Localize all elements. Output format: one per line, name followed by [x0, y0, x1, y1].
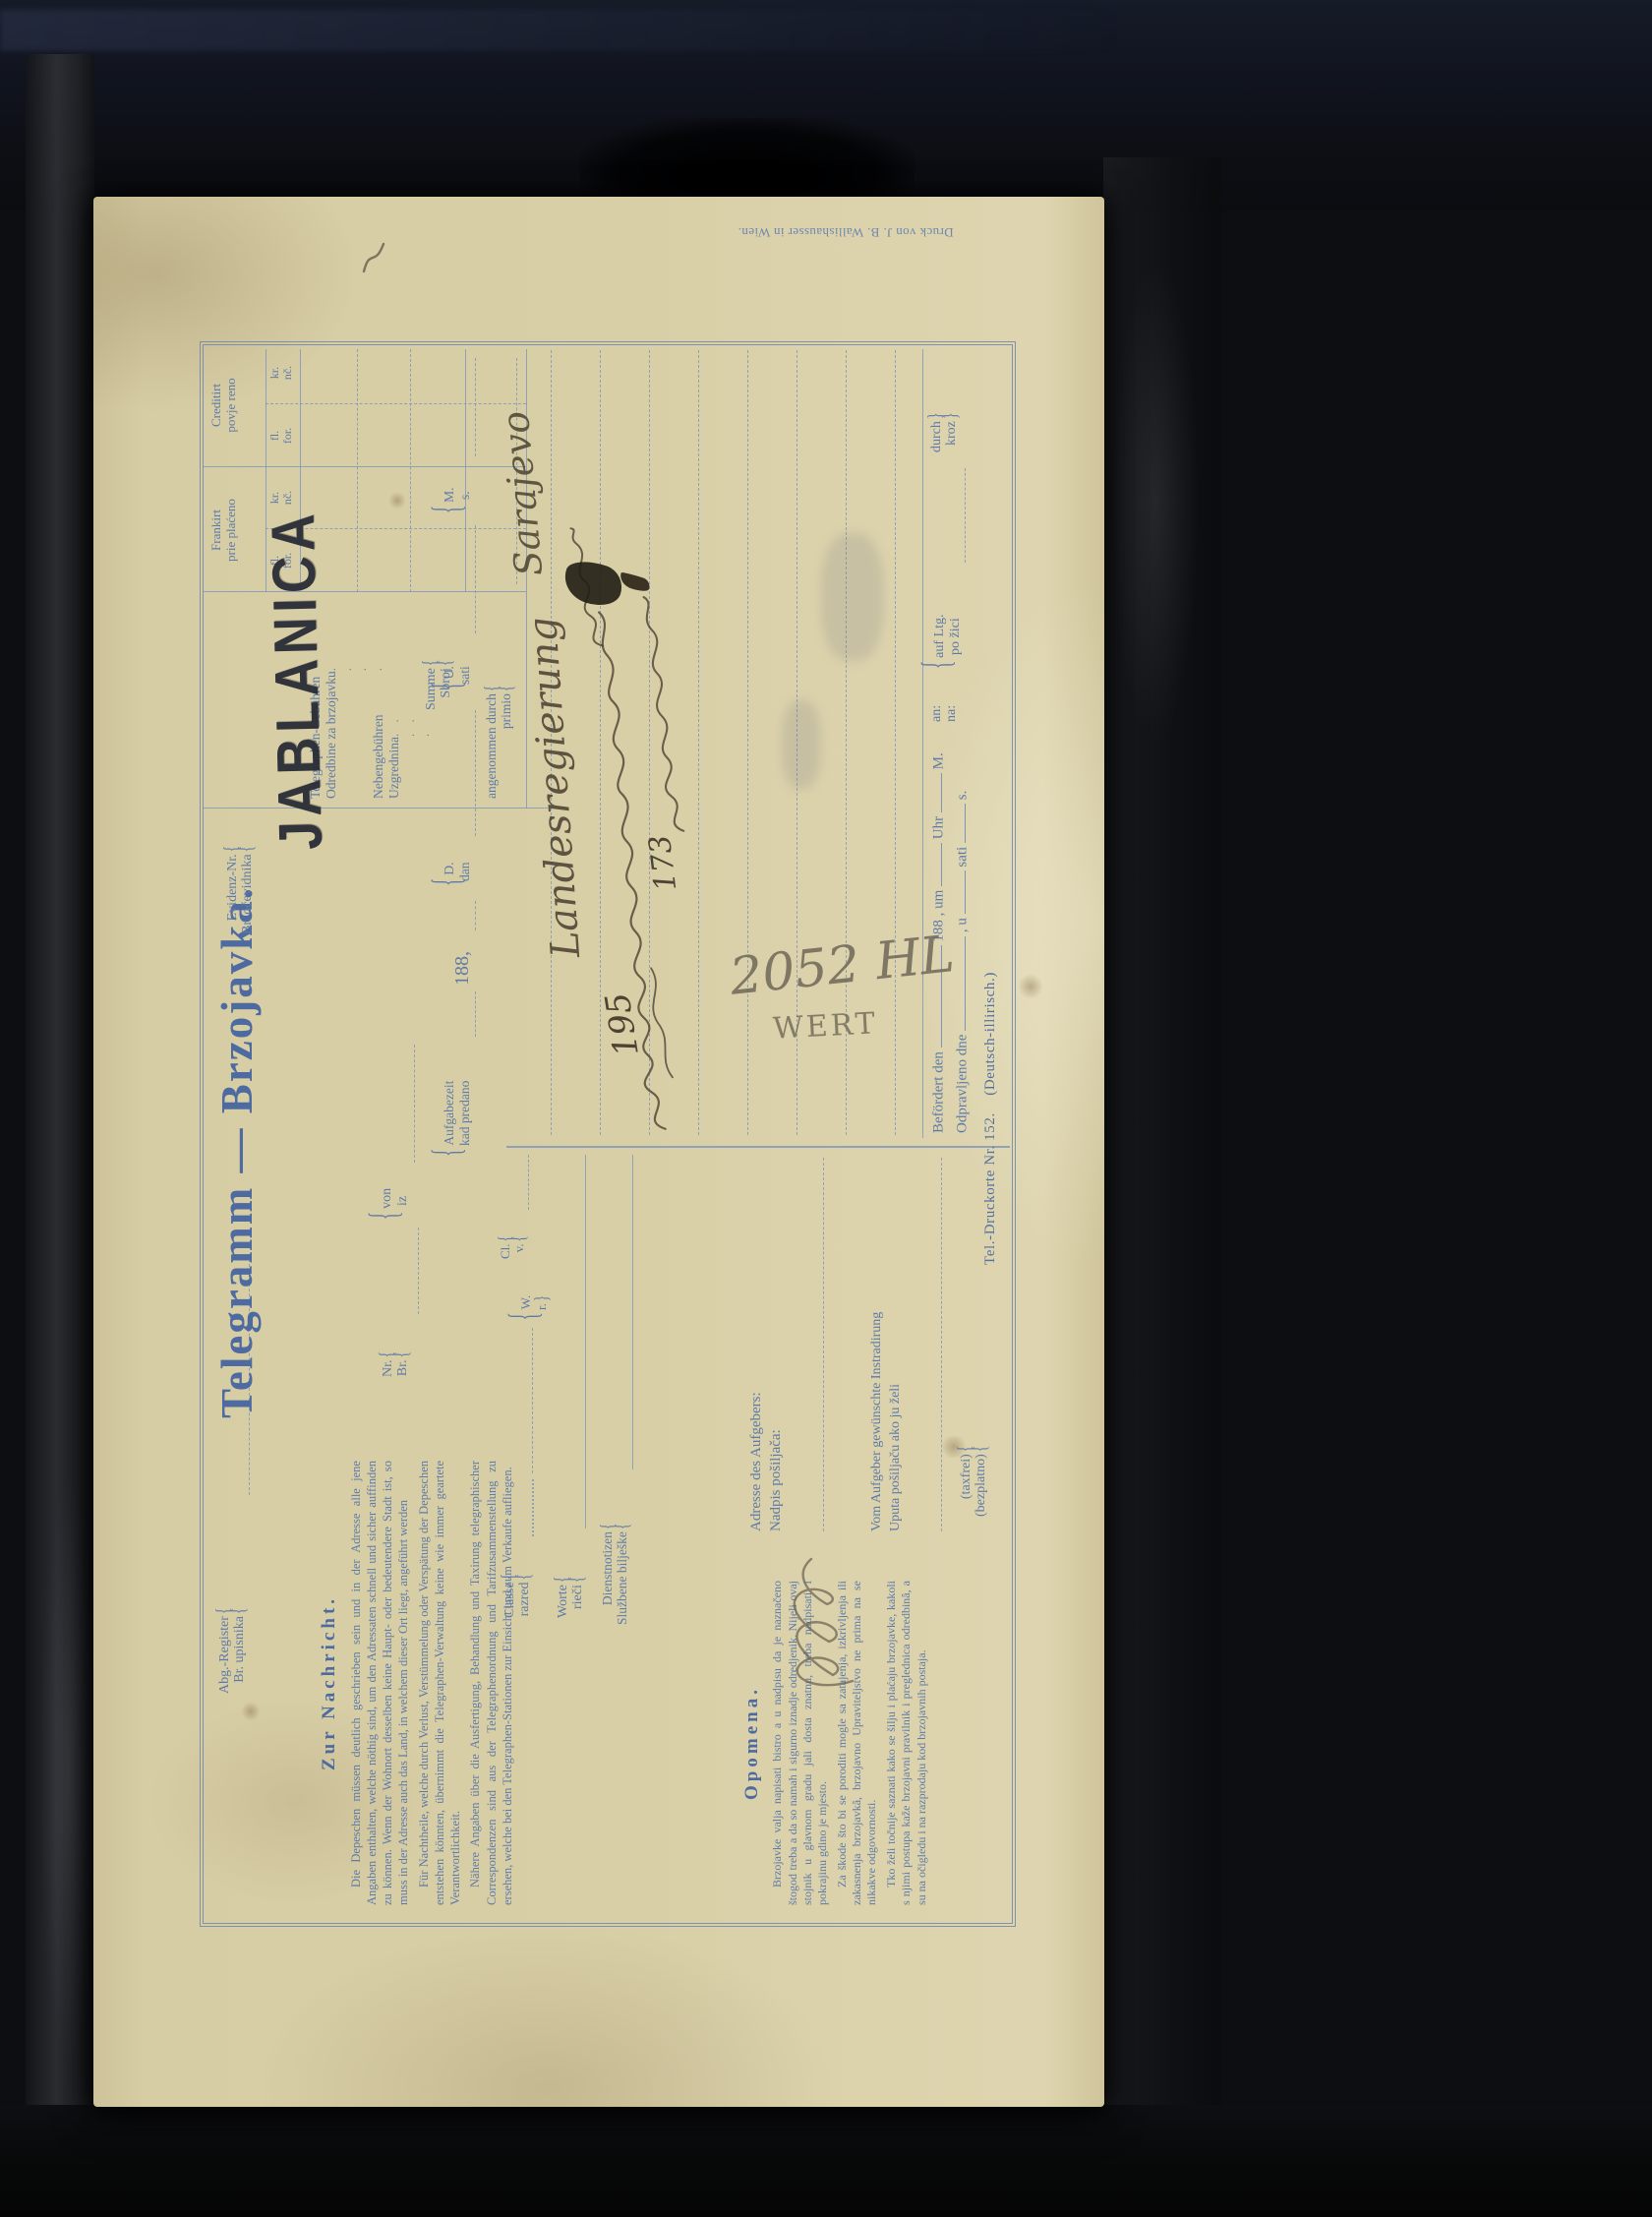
sleeve-glint	[1111, 256, 1200, 748]
pencil-wert: WERT	[772, 1006, 878, 1047]
fee-col-creditirt: Creditirt povje reno	[209, 346, 239, 464]
archivist-wert-pencil: WERT	[772, 1006, 878, 1047]
evidenz-field-label: Evidenz-Nr.{ Br. očevidnika{	[225, 846, 256, 934]
classe-fill-line	[532, 1328, 533, 1473]
sender-address-line	[823, 1158, 824, 1531]
sender-address-hr: Nadpis pošiljača:	[766, 1392, 786, 1531]
cl-hr: v.	[511, 1243, 526, 1252]
day-de: D.	[442, 863, 456, 875]
routing-label: Vom Aufgeber gewünschte Instradirung Upu…	[868, 1312, 906, 1531]
ltg-hr: po žici	[948, 618, 963, 655]
minute-field: {M. s.	[440, 487, 473, 513]
an-de: an:	[929, 705, 944, 722]
von-de: von	[380, 1188, 394, 1209]
von-fill-line	[414, 1045, 415, 1163]
routing-line	[941, 1158, 942, 1531]
brace-icon: {	[436, 659, 458, 666]
hour-fill-line	[475, 525, 476, 633]
register-field-label: Abg.-Register{ Br. upisnika{	[217, 1607, 248, 1694]
routing-de: Vom Aufgeber gewünschte Instradirung	[868, 1312, 887, 1531]
brace-icon: {	[427, 506, 471, 513]
dispatch-de-um: , um	[930, 890, 946, 917]
fee-table-row-rule	[357, 349, 358, 592]
notice-croatian-heading: Opomena.	[740, 1581, 764, 1905]
subcol-kreuzer: kr.nč.	[268, 344, 294, 401]
sender-address-label: Adresse des Aufgebers: Nadpis pošiljača:	[746, 1392, 787, 1531]
day-field: {D. dan	[440, 863, 473, 896]
w-r-field: {W. r.}	[516, 1295, 549, 1322]
day-fill-line	[475, 710, 476, 836]
notice-german-p1: Die Depeschen müssen deutlich geschriebe…	[348, 1461, 412, 1905]
year-188: 188	[451, 956, 473, 986]
nr-hr: Br.	[395, 1360, 410, 1377]
dispatch-fill-line	[927, 843, 942, 886]
sender-address-de: Adresse des Aufgebers:	[746, 1392, 766, 1531]
minute-de: M.	[442, 487, 456, 502]
brace-icon: {	[509, 1235, 530, 1241]
aufgabezeit-label: {Aufgabezeit kad predano	[440, 1081, 473, 1160]
dispatch-de-label: Befördert den	[930, 1051, 946, 1133]
evidenz-label-hr: Br. očevidnika	[240, 854, 255, 934]
dienstnotizen-hr: Službene bilješke	[615, 1531, 629, 1625]
brace-icon: {	[971, 1446, 993, 1453]
notice-german: Zur Nachricht. Die Depeschen müssen deut…	[318, 1461, 519, 1905]
nr-fill-line	[418, 1228, 419, 1314]
brace-icon: {	[567, 1576, 590, 1583]
worte-hr: rieči	[570, 1585, 585, 1609]
message-ruled-line	[895, 350, 896, 1135]
section-divider-rule	[506, 1146, 1010, 1148]
durch-hr: kroz	[944, 421, 959, 446]
dotted-leader: . . . .	[324, 664, 384, 671]
aufgabezeit-hr: kad predano	[457, 1081, 472, 1146]
accepted-by-label: angenommen durch{ primio{	[485, 686, 514, 799]
durch-de: durch	[929, 421, 944, 452]
form-number: Tel.-Druckorte Nr. 152.	[982, 1112, 998, 1265]
year-preprint: 188,	[451, 951, 474, 986]
handwriting-173: 173	[643, 833, 684, 893]
accepted-de: angenommen durch	[484, 693, 499, 799]
form-title: Telegramm — Brzojavka.	[211, 886, 263, 1418]
frankirt-label-de: Frankirt	[209, 471, 224, 589]
sleeve-glint	[39, 1475, 98, 2066]
dispatch-fill-line	[951, 804, 966, 843]
classe-dotted-leader	[532, 1479, 534, 1536]
brace-icon: {	[503, 1312, 548, 1320]
fee-table-subcol-rule	[265, 403, 526, 404]
frankirt-label-hr: prie plaćeno	[224, 471, 239, 589]
ink-bleedthrough	[821, 533, 884, 661]
notice-german-heading: Zur Nachricht.	[318, 1461, 342, 1905]
brace-icon: {	[427, 878, 471, 886]
fee-col-frankirt: Frankirt prie plaćeno	[209, 471, 239, 589]
nr-de: Nr.	[381, 1360, 395, 1378]
brace-icon: {	[392, 1351, 415, 1358]
dark-background-bottom	[0, 2105, 1652, 2217]
fee-row2-hr: Uzgrednina	[386, 737, 401, 799]
minute-hr: s.	[457, 491, 472, 500]
dispatch-separator-rule	[922, 349, 923, 1138]
pencil-tick	[360, 240, 387, 275]
dienstnotizen-field: Dienstnotizen{ Službene bilješke{	[601, 1524, 630, 1625]
brace-icon: }	[941, 412, 964, 419]
kreuzer-hr: nč.	[281, 344, 294, 401]
taxfree-label: (taxfrei){ (bezplatno){	[959, 1446, 989, 1517]
message-ruled-line	[698, 350, 699, 1135]
register-label-de: Abg.-Register	[217, 1616, 232, 1694]
brace-icon: {	[427, 1149, 471, 1157]
notice-german-p2: Für Nachtheile, welche durch Verlust, Ve…	[416, 1461, 464, 1905]
cl-v-field: Cl.{ v.{	[499, 1235, 527, 1259]
dispatch-ltg-label: {auf Ltg. po žici	[929, 615, 963, 670]
dispatch-durch-label: durch} kroz}	[929, 412, 960, 452]
dispatch-hr-s: s.	[954, 791, 970, 801]
dispatch-fill-line	[927, 773, 942, 812]
comma: ,	[451, 951, 473, 956]
evidenz-label-de: Evidenz-Nr.	[225, 854, 240, 921]
printer-imprint-text: Druck von J. B. Wallishausser in Wien.	[737, 225, 953, 240]
aufgabezeit-de: Aufgabezeit	[442, 1081, 456, 1146]
dotted-leader: . . . . .	[386, 715, 433, 737]
station-stamp: JABLANICA	[259, 509, 336, 851]
telegram-form-rotated: Abg.-Register{ Br. upisnika{ Telegramm —…	[93, 197, 1104, 2107]
form-title-de: Telegramm	[212, 1186, 262, 1418]
brace-icon: {	[237, 846, 260, 853]
fee-row-neben: Nebengebühren Uzgrednina . . . . .	[371, 715, 402, 799]
scanned-telegram-photo: Abg.-Register{ Br. upisnika{ Telegramm —…	[0, 0, 1652, 2217]
worte-field: Worte{ rieči{	[556, 1576, 586, 1618]
station-stamp-text: JABLANICA	[260, 509, 335, 851]
fee-table-col-rule	[204, 591, 526, 592]
handwritten-number-2: 173	[643, 833, 684, 893]
classe-hr: razred	[517, 1582, 532, 1616]
routing-hr: Uputa pošiljaču ako ju želi	[887, 1312, 906, 1531]
ink-bleedthrough	[782, 700, 821, 789]
brace-icon: }	[531, 1295, 552, 1301]
date-fill-line	[475, 991, 476, 1037]
fee-row2-de: Nebengebühren	[371, 715, 386, 799]
von-hr: iz	[395, 1196, 410, 1206]
cl-fill-line	[528, 1155, 529, 1210]
cl-de: Cl.	[498, 1243, 512, 1259]
brace-icon: {	[496, 686, 517, 691]
taxfree-de: (taxfrei)	[959, 1454, 973, 1499]
worte-fill-line	[585, 1155, 586, 1528]
date-fill-line	[475, 901, 476, 930]
w-hr: r.	[534, 1303, 549, 1310]
notice-german-p3: Nähere Angaben über die Ausfertigung, Be…	[467, 1461, 515, 1905]
fee-table-col-rule	[204, 466, 526, 467]
notice-croatian-p3: Tko želi točnije saznati kako se šilju i…	[884, 1581, 929, 1905]
dispatch-hr-label: Odpravljeno dne	[954, 1035, 970, 1133]
taxfree-hr: (bezplatno)	[973, 1454, 988, 1517]
hour-de: U.	[442, 666, 456, 679]
brace-icon: {	[612, 1524, 633, 1529]
brace-icon: {	[916, 661, 961, 669]
dispatch-hr-sati: sati	[954, 847, 970, 868]
subcol-florin: fl.for.	[268, 407, 294, 464]
dispatch-an-label: an: na:	[929, 705, 960, 722]
dispatch-fill-line	[965, 468, 966, 563]
brace-icon: {	[427, 682, 471, 689]
fee-table-left-rule	[204, 808, 548, 809]
form-language: (Deutsch-illirisch.)	[982, 972, 998, 1096]
an-hr: na:	[944, 705, 959, 722]
accepted-hr: primio	[499, 693, 513, 729]
ltg-de: auf Ltg.	[932, 615, 947, 658]
florin-hr: for.	[281, 407, 294, 464]
message-ruled-line	[747, 350, 748, 1135]
register-label-hr: Br. upisnika	[232, 1616, 247, 1683]
dispatch-fill-line	[951, 870, 966, 914]
dienstnotizen-de: Dienstnotizen	[600, 1531, 615, 1605]
fee-table-row-rule	[410, 349, 411, 592]
minute-fill-line	[475, 358, 476, 456]
form-number-footer: Tel.-Druckorte Nr. 152. (Deutsch-illiris…	[982, 823, 999, 1413]
von-field-label: {von iz	[377, 1188, 410, 1220]
sleeve-glint	[0, 10, 1121, 51]
fee-table-sum-rule	[465, 349, 466, 592]
dispatch-hr-u: , u	[954, 918, 970, 932]
form-title-separator: —	[212, 1126, 262, 1172]
worte-de: Worte	[556, 1585, 570, 1618]
brace-icon: {	[229, 1607, 252, 1614]
printer-imprint: Druck von J. B. Wallishausser in Wien.	[703, 224, 988, 240]
nr-field-label: Nr.{ Br.{	[381, 1351, 411, 1377]
dienstnotizen-fill-line	[632, 1155, 633, 1469]
hour-field: {U. sati	[440, 666, 473, 698]
brace-icon: {	[364, 1212, 408, 1220]
creditirt-label-de: Creditirt	[209, 346, 224, 464]
dispatch-de-uhr: Uhr	[930, 816, 946, 839]
pencil-scribble	[768, 1551, 866, 1699]
creditirt-label-hr: povje reno	[224, 346, 239, 464]
dispatch-de-min: M.	[930, 752, 946, 769]
